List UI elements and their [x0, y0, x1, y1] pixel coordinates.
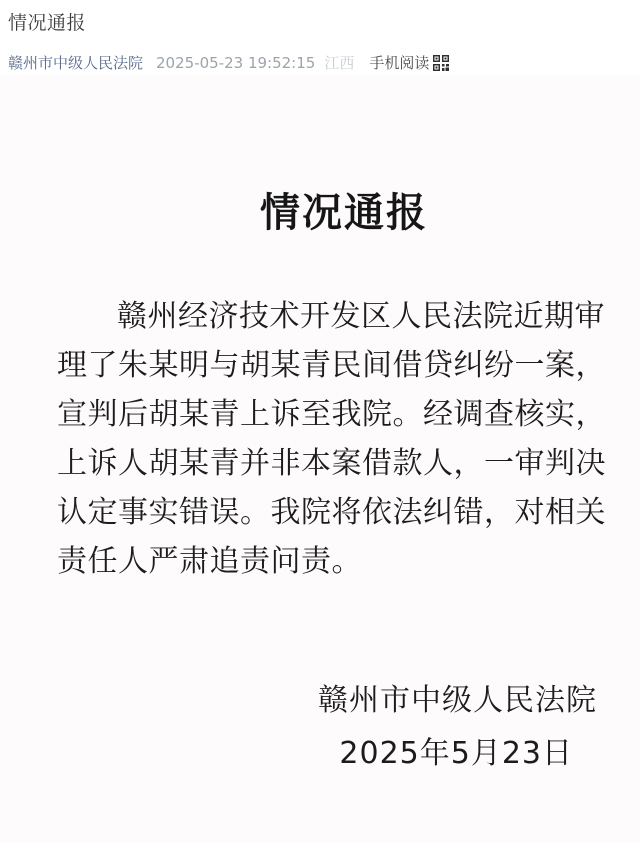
notice-title: 情况通报 [24, 193, 640, 233]
notice-body-line: 赣州经济技术开发区人民法院近期审 [57, 292, 610, 341]
page-title: 情况通报 [0, 0, 640, 35]
notice-signature-block: 赣州市中级人民法院 2025年5月23日 [0, 686, 640, 769]
notice-signer: 赣州市中级人民法院 [0, 686, 597, 716]
publish-timestamp: 2025-05-23 19:52:15 [156, 54, 315, 72]
byline: 赣州市中级人民法院 2025-05-23 19:52:15 江西 手机阅读 [0, 52, 640, 73]
mobile-read-label: 手机阅读 [369, 52, 429, 73]
qr-code-icon [433, 55, 449, 71]
page-header: 情况通报 赣州市中级人民法院 2025-05-23 19:52:15 江西 手机… [0, 0, 640, 73]
notice-body-line: 责任人严肃追责问责。 [57, 537, 610, 586]
mobile-read-button[interactable]: 手机阅读 [369, 52, 449, 73]
notice-body-line: 理了朱某明与胡某青民间借贷纠纷一案， [57, 341, 610, 390]
notice-body-line: 宣判后胡某青上诉至我院。经调查核实， [57, 390, 610, 439]
source-link[interactable]: 赣州市中级人民法院 [8, 52, 143, 73]
notice-image[interactable]: 情况通报 赣州经济技术开发区人民法院近期审 理了朱某明与胡某青民间借贷纠纷一案，… [0, 75, 640, 842]
notice-date: 2025年5月23日 [0, 739, 597, 769]
ip-location: 江西 [324, 52, 354, 73]
notice-body-line: 上诉人胡某青并非本案借款人，一审判决 [57, 439, 610, 488]
notice-body-line: 认定事实错误。我院将依法纠错，对相关 [57, 488, 610, 537]
notice-body: 赣州经济技术开发区人民法院近期审 理了朱某明与胡某青民间借贷纠纷一案， 宣判后胡… [0, 292, 640, 586]
